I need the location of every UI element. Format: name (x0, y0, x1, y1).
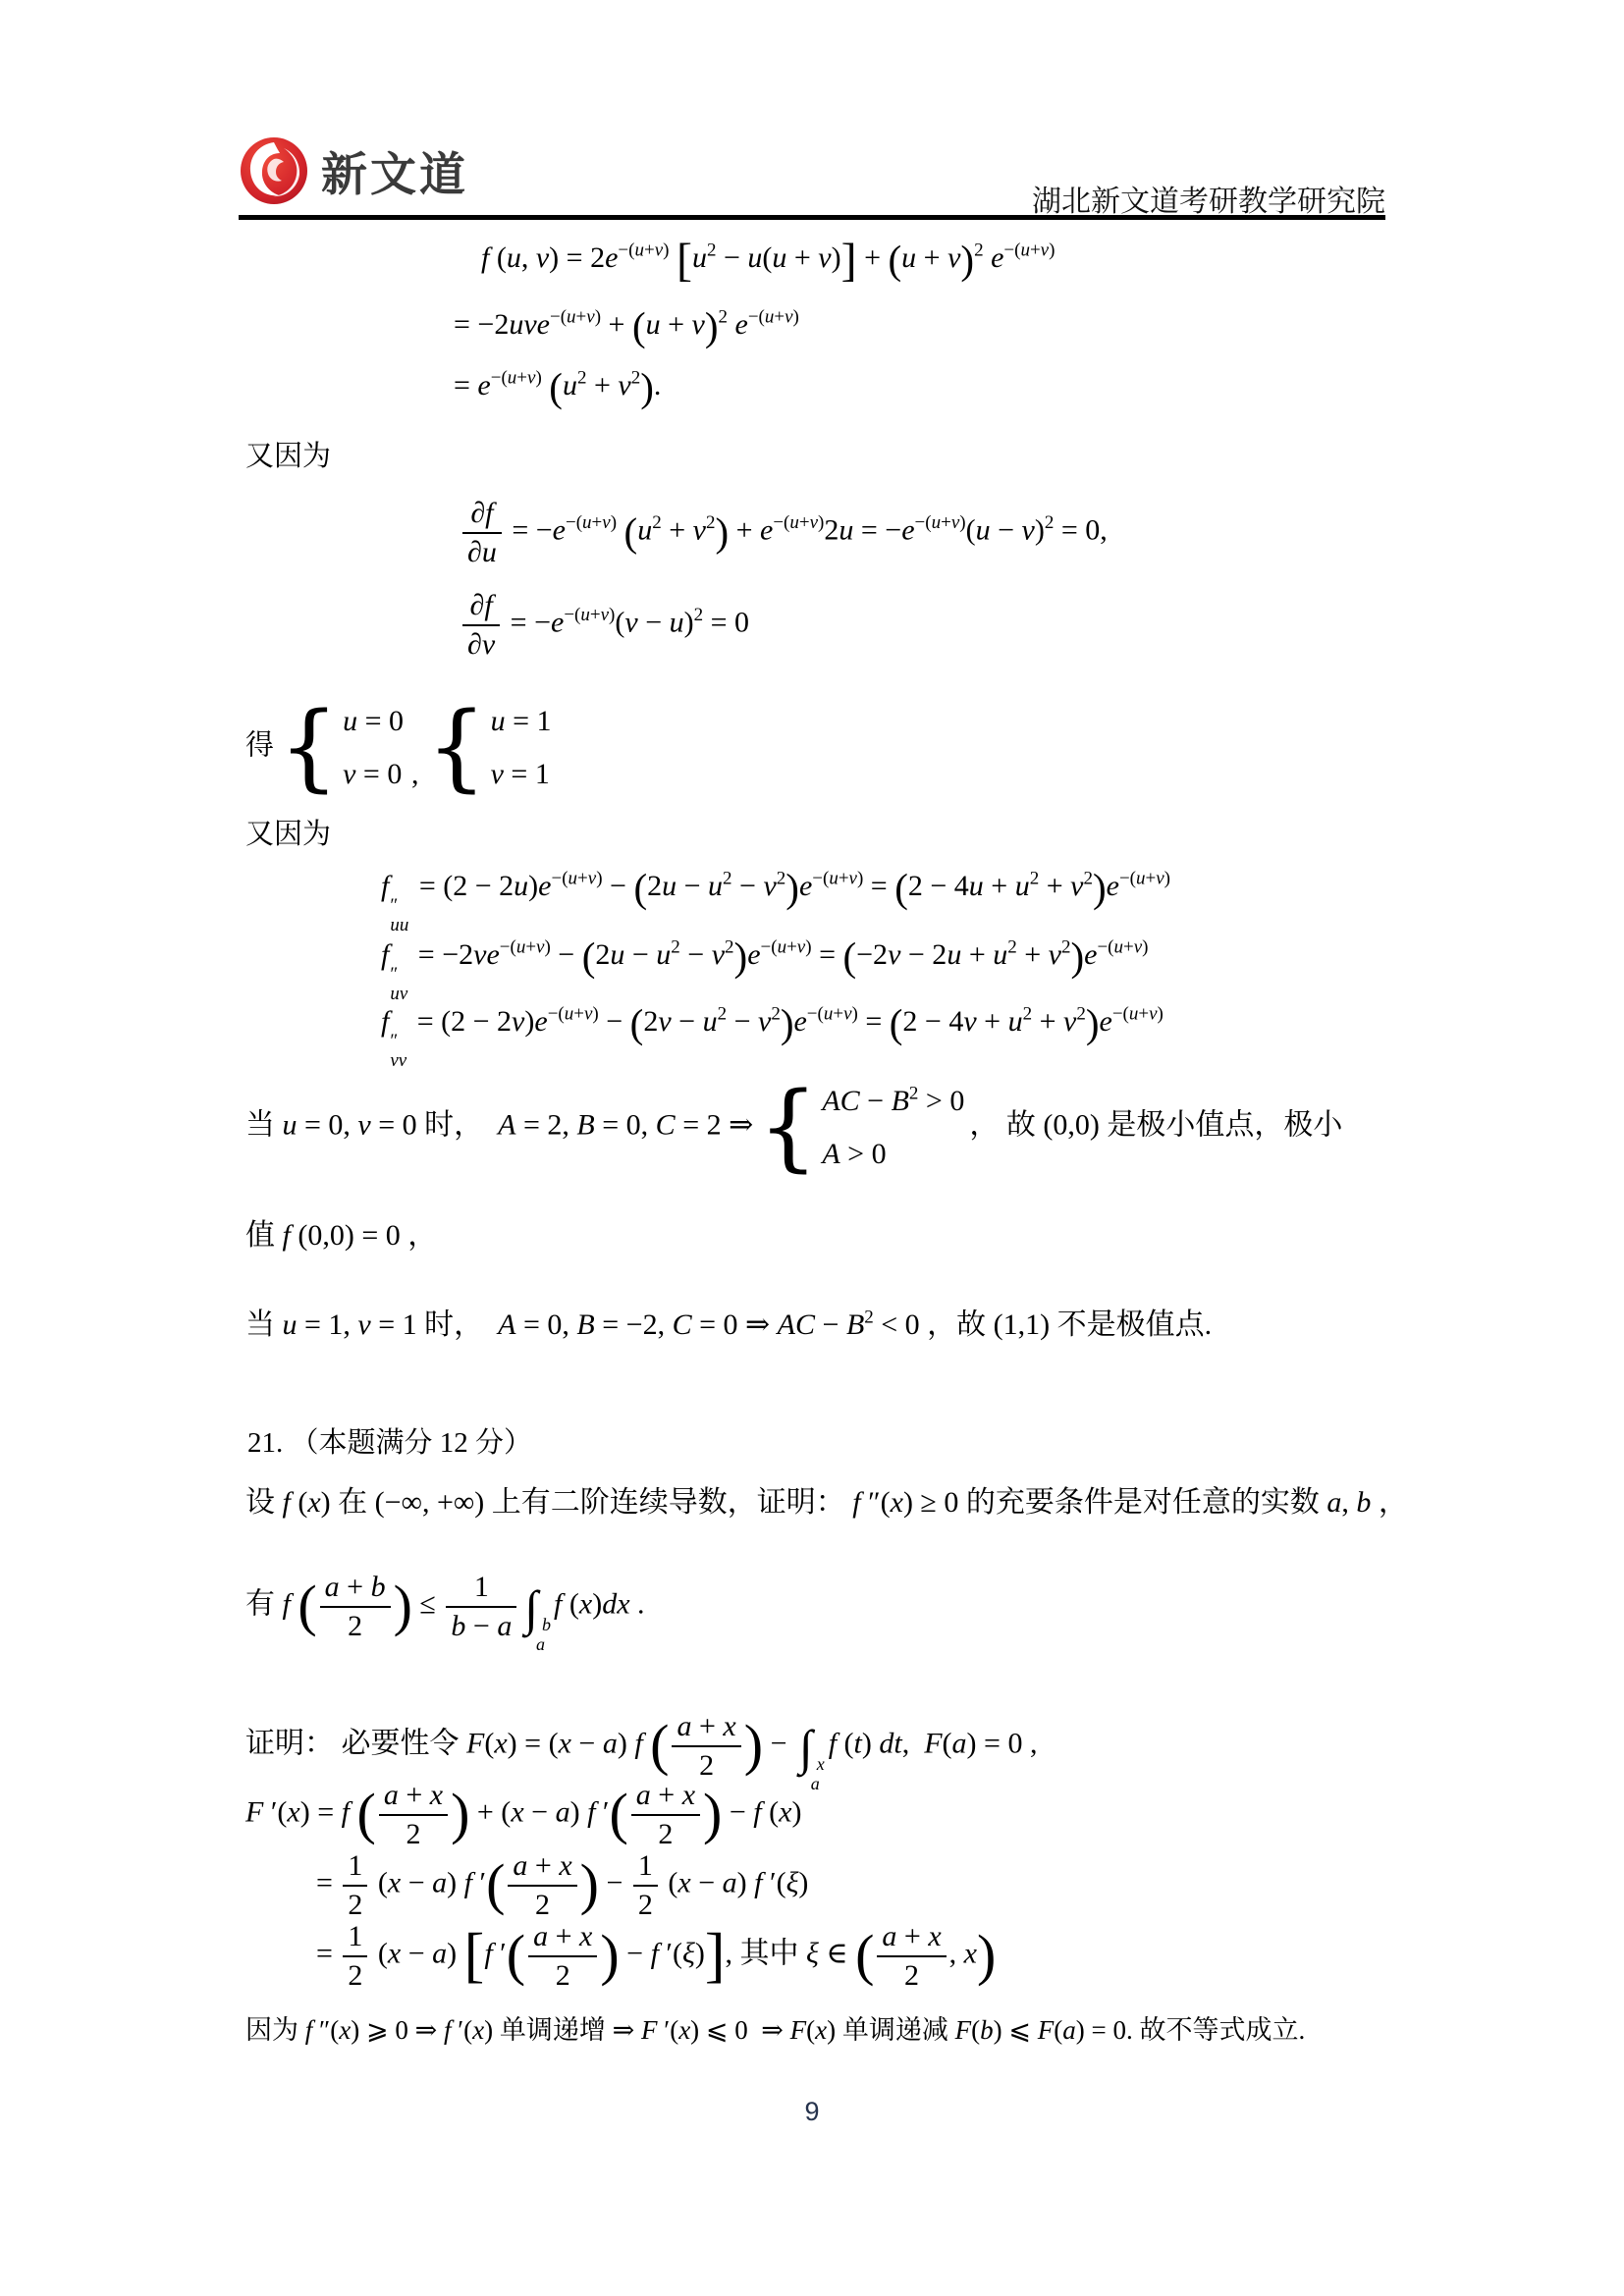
proof-line-3: = 12 (x − a) f ′(a + x2) − 12 (x − a) f … (316, 1849, 808, 1921)
eq-critical-points: 得{u = 0v = 0,{u = 1v = 1 (245, 703, 557, 792)
left-brace: { (279, 708, 339, 788)
condition-line: AC − B2 > 0 (822, 1083, 964, 1120)
header-divider (239, 215, 1385, 220)
eq-partial-f-u: ∂f∂u = −e−(u+v) (u2 + v2) + e−(u+v)2u = … (460, 497, 1108, 568)
system-line: v = 1 (491, 756, 552, 793)
system-line: u = 0 (343, 703, 404, 740)
phoenix-logo-icon (239, 135, 309, 206)
eq-fuv: f″uv = −2ve−(u+v) − (2u − u2 − v2)e−(u+v… (381, 936, 1149, 1003)
case-point-00: 当 u = 0, v = 0 时， A = 2, B = 0, C = 2 ⇒{… (245, 1083, 1342, 1172)
left-brace: { (758, 1088, 818, 1168)
eq-fuu: f″uu = (2 − 2u)e−(u+v) − (2u − u2 − v2)e… (381, 868, 1170, 934)
proof-line-2: F ′(x) = f (a + x2) + (x − a) f ′(a + x2… (245, 1779, 801, 1850)
eq-f-expansion-line1: f (u, v) = 2e−(u+v) [u2 − u(u + v)] + (u… (481, 240, 1055, 277)
condition-line: A > 0 (822, 1136, 964, 1173)
system-separator: , (411, 758, 419, 790)
text-de: 得 (245, 729, 274, 761)
text-again-because-2: 又因为 (245, 817, 331, 852)
problem-21-inequality: 有 f (a + b2) ≤ 1b − a∫baf (x)dx . (245, 1571, 645, 1655)
case-00-suffix: ， 故 (0,0) 是极小值点，极小 (969, 1108, 1342, 1141)
proof-line-4: = 12 (x − a) [f ′(a + x2) − f ′(ξ)], 其中 … (316, 1920, 996, 1992)
text-again-because-1: 又因为 (245, 439, 331, 474)
proof-line-5: 因为 f ″(x) ⩾ 0 ⇒ f ′(x) 单调递增 ⇒ F ′(x) ⩽ 0… (245, 2014, 1305, 2048)
page-number: 9 (0, 2097, 1624, 2127)
case-00-minimum-value: 值 f (0,0) = 0 ， (245, 1217, 437, 1255)
case-00-prefix: 当 u = 0, v = 0 时， A = 2, B = 0, C = 2 ⇒ (245, 1108, 753, 1141)
eq-f-expansion-line2: = −2uve−(u+v) + (u + v)2 e−(u+v) (454, 306, 799, 344)
problem-21-title: 21. （本题满分 12 分） (247, 1425, 532, 1461)
case-point-11: 当 u = 1, v = 1 时， A = 0, B = −2, C = 0 ⇒… (245, 1307, 1212, 1344)
left-brace: { (427, 708, 487, 788)
eq-fvv: f″vv = (2 − 2v)e−(u+v) − (2v − u2 − v2)e… (381, 1003, 1164, 1070)
header-institute-name: 湖北新文道考研教学研究院 (1032, 177, 1385, 220)
brand-name: 新文道 (321, 138, 468, 204)
document-page: 新文道 湖北新文道考研教学研究院 f (u, v) = 2e−(u+v) [u2… (0, 0, 1624, 2296)
system-conditions: {AC − B2 > 0A > 0 (758, 1083, 964, 1172)
system-line: v = 0 (343, 756, 404, 793)
system-line: u = 1 (491, 703, 552, 740)
system-roots-1: {u = 0v = 0 (279, 703, 404, 792)
eq-partial-f-v: ∂f∂v = −e−(u+v)(v − u)2 = 0 (460, 589, 749, 661)
system-roots-2: {u = 1v = 1 (427, 703, 552, 792)
eq-f-expansion-line3: = e−(u+v) (u2 + v2). (454, 367, 661, 404)
brand-logo: 新文道 (239, 135, 468, 206)
problem-21-statement: 设 f (x) 在 (−∞, +∞) 上有二阶连续导数，证明： f ″(x) ≥… (245, 1484, 1408, 1522)
